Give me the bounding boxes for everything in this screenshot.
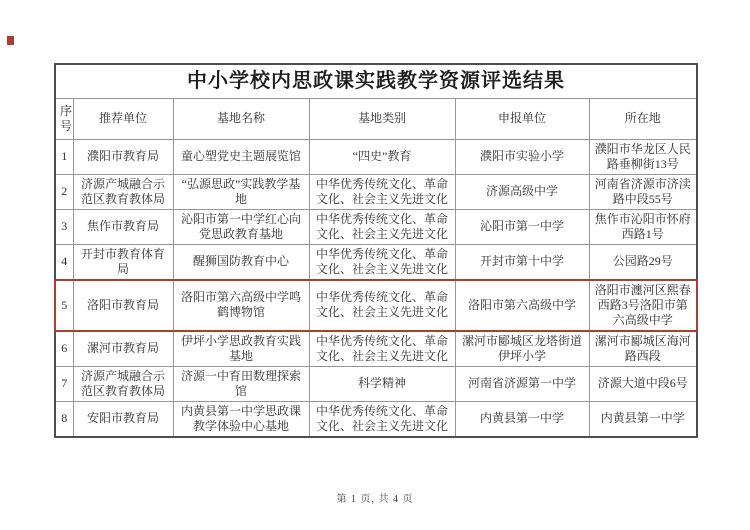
table-cell: 济源产城融合示范区教育教体局 <box>73 366 173 401</box>
column-header: 推荐单位 <box>73 98 173 139</box>
table-cell: 漯河市教育局 <box>73 331 173 367</box>
table-row: 7济源产城融合示范区教育教体局济源一中育田数理探索馆科学精神河南省济源第一中学济… <box>55 366 697 401</box>
table-cell: 中华优秀传统文化、革命文化、社会主义先进文化 <box>309 280 455 331</box>
table-cell: 5 <box>55 280 73 331</box>
table-cell: 沁阳市第一中学 <box>455 209 589 244</box>
results-table: 中小学校内思政课实践教学资源评选结果 序号推荐单位基地名称基地类别申报单位所在地… <box>54 63 698 438</box>
table-cell: 6 <box>55 331 73 367</box>
table-row: 1濮阳市教育局童心塑党史主题展览馆“四史”教育濮阳市实验小学濮阳市华龙区人民路垂… <box>55 139 697 174</box>
table-row: 2济源产城融合示范区教育教体局“弘源思政”实践教学基地中华优秀传统文化、革命文化… <box>55 174 697 209</box>
table-cell: 中华优秀传统文化、革命文化、社会主义先进文化 <box>309 209 455 244</box>
table-cell: 济源大道中段6号 <box>589 366 697 401</box>
table-cell: 濮阳市华龙区人民路垂柳街13号 <box>589 139 697 174</box>
table-cell: “四史”教育 <box>309 139 455 174</box>
table-cell: 濮阳市实验小学 <box>455 139 589 174</box>
table-cell: 童心塑党史主题展览馆 <box>173 139 309 174</box>
red-mark <box>7 36 14 45</box>
table-cell: 伊坪小学思政教育实践基地 <box>173 331 309 367</box>
table-cell: 8 <box>55 401 73 437</box>
table-cell: 焦作市沁阳市怀府西路1号 <box>589 209 697 244</box>
table-cell: “弘源思政”实践教学基地 <box>173 174 309 209</box>
table-cell: 科学精神 <box>309 366 455 401</box>
table-cell: 漯河市郾城区海河路西段 <box>589 331 697 367</box>
table-cell: 济源一中育田数理探索馆 <box>173 366 309 401</box>
table-cell: 中华优秀传统文化、革命文化、社会主义先进文化 <box>309 174 455 209</box>
table-cell: 沁阳市第一中学红心向党思政教育基地 <box>173 209 309 244</box>
table-row: 8安阳市教育局内黄县第一中学思政课教学体验中心基地中华优秀传统文化、革命文化、社… <box>55 401 697 437</box>
table-cell: 安阳市教育局 <box>73 401 173 437</box>
table-row: 6漯河市教育局伊坪小学思政教育实践基地中华优秀传统文化、革命文化、社会主义先进文… <box>55 331 697 367</box>
table-cell: 7 <box>55 366 73 401</box>
column-header: 基地名称 <box>173 98 309 139</box>
table-cell: 中华优秀传统文化、革命文化、社会主义先进文化 <box>309 244 455 280</box>
column-header: 基地类别 <box>309 98 455 139</box>
table-cell: 洛阳市第六高级中学鸣鹤博物馆 <box>173 280 309 331</box>
table-cell: 3 <box>55 209 73 244</box>
table-row-highlighted: 5洛阳市教育局洛阳市第六高级中学鸣鹤博物馆中华优秀传统文化、革命文化、社会主义先… <box>55 280 697 331</box>
table-cell: 河南省济源市济渎路中段55号 <box>589 174 697 209</box>
table-cell: 内黄县第一中学 <box>589 401 697 437</box>
table-title-row: 中小学校内思政课实践教学资源评选结果 <box>55 64 697 98</box>
document-page: 中小学校内思政课实践教学资源评选结果 序号推荐单位基地名称基地类别申报单位所在地… <box>0 0 750 530</box>
table-cell: 濮阳市教育局 <box>73 139 173 174</box>
table-cell: 开封市教育体育局 <box>73 244 173 280</box>
table-cell: 公园路29号 <box>589 244 697 280</box>
table-row: 3焦作市教育局沁阳市第一中学红心向党思政教育基地中华优秀传统文化、革命文化、社会… <box>55 209 697 244</box>
table-cell: 济源产城融合示范区教育教体局 <box>73 174 173 209</box>
table-cell: 内黄县第一中学 <box>455 401 589 437</box>
table-cell: 开封市第十中学 <box>455 244 589 280</box>
column-header: 序号 <box>55 98 73 139</box>
table-header-row: 序号推荐单位基地名称基地类别申报单位所在地 <box>55 98 697 139</box>
table-cell: 内黄县第一中学思政课教学体验中心基地 <box>173 401 309 437</box>
table-title: 中小学校内思政课实践教学资源评选结果 <box>55 64 697 98</box>
table-cell: 中华优秀传统文化、革命文化、社会主义先进文化 <box>309 401 455 437</box>
table-cell: 洛阳市第六高级中学 <box>455 280 589 331</box>
page-footer: 第 1 页, 共 4 页 <box>0 490 750 505</box>
table-cell: 焦作市教育局 <box>73 209 173 244</box>
column-header: 申报单位 <box>455 98 589 139</box>
table-cell: 济源高级中学 <box>455 174 589 209</box>
table-cell: 4 <box>55 244 73 280</box>
table-cell: 洛阳市教育局 <box>73 280 173 331</box>
table-row: 4开封市教育体育局醒狮国防教育中心中华优秀传统文化、革命文化、社会主义先进文化开… <box>55 244 697 280</box>
table-cell: 中华优秀传统文化、革命文化、社会主义先进文化 <box>309 331 455 367</box>
table-cell: 2 <box>55 174 73 209</box>
column-header: 所在地 <box>589 98 697 139</box>
table-cell: 河南省济源第一中学 <box>455 366 589 401</box>
table-cell: 1 <box>55 139 73 174</box>
table-cell: 洛阳市瀍河区熙春西路3号洛阳市第六高级中学 <box>589 280 697 331</box>
table-cell: 醒狮国防教育中心 <box>173 244 309 280</box>
table-cell: 漯河市郾城区龙塔街道伊坪小学 <box>455 331 589 367</box>
